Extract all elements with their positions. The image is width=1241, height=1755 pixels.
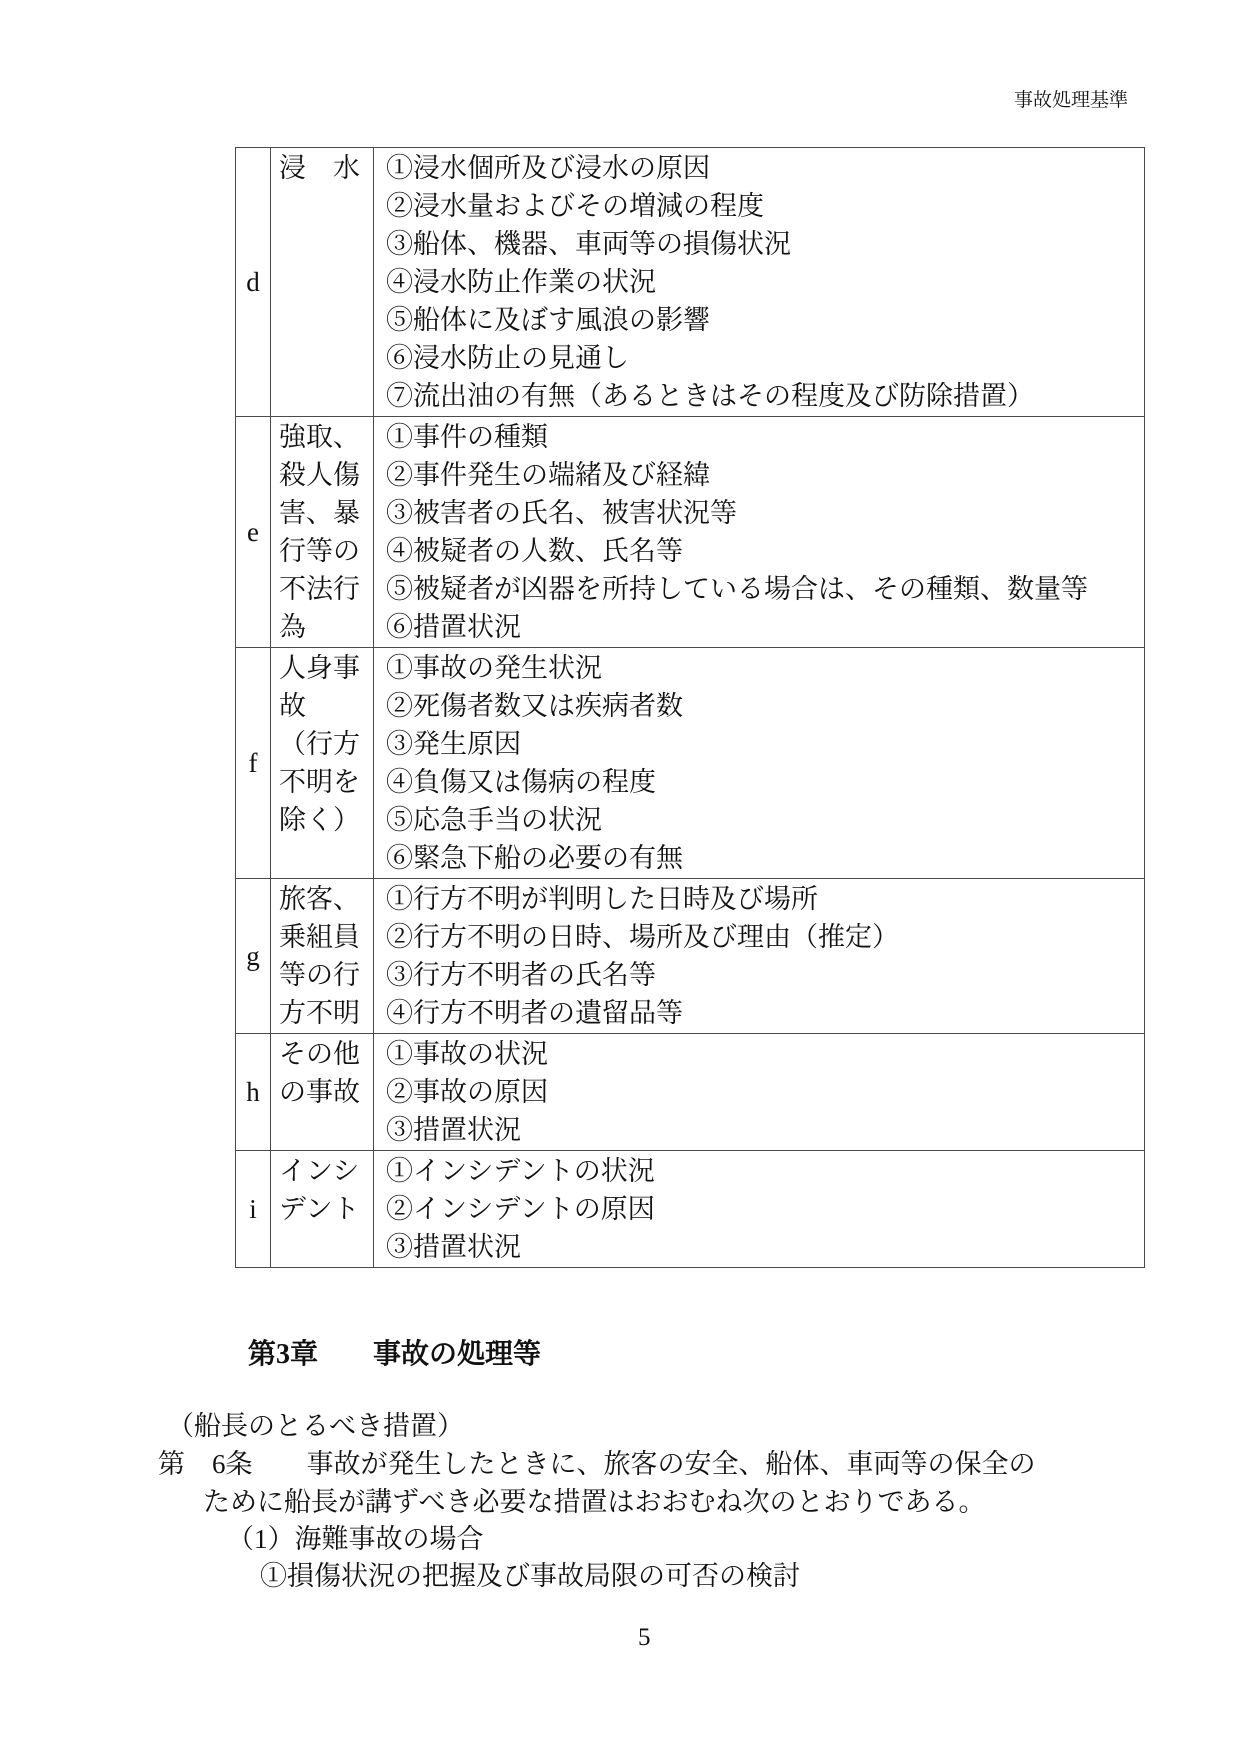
category-line: 為 — [279, 608, 373, 646]
category-line: 行等の — [279, 532, 373, 570]
category-line: 等の行 — [279, 956, 373, 994]
category-line: 方不明 — [279, 994, 373, 1032]
row-category-cell: 人身事故（行方不明を除く） — [271, 648, 374, 878]
item-line: ⑤応急手当の状況 — [386, 801, 1144, 839]
category-line: 不法行 — [279, 570, 373, 608]
item-line: ③行方不明者の氏名等 — [386, 956, 1144, 994]
table-row-e: e強取、殺人傷害、暴行等の不法行為①事件の種類②事件発生の端緒及び経緯③被害者の… — [236, 416, 1144, 647]
row-items-cell: ①事件の種類②事件発生の端緒及び経緯③被害者の氏名、被害状況等④被疑者の人数、氏… — [374, 417, 1144, 647]
category-line: 故 — [279, 687, 373, 725]
category-line: その他 — [279, 1035, 373, 1073]
row-letter-cell: g — [236, 879, 271, 1033]
article-6-line-2: ために船長が講ずべき必要な措置はおおむね次のとおりである。 — [203, 1483, 985, 1521]
item-line: ⑥措置状況 — [386, 608, 1144, 646]
table-row-i: iインシデント①インシデントの状況②インシデントの原因③措置状況 — [236, 1150, 1144, 1267]
table-row-f: f人身事故（行方不明を除く）①事故の発生状況②死傷者数又は疾病者数③発生原因④負… — [236, 647, 1144, 878]
item-line: ③措置状況 — [386, 1228, 1144, 1266]
row-items-cell: ①行方不明が判明した日時及び場所②行方不明の日時、場所及び理由（推定）③行方不明… — [374, 879, 1144, 1033]
article-6-list-item-1: （1）海難事故の場合 — [227, 1520, 484, 1558]
row-category-cell: 浸 水 — [271, 148, 374, 416]
item-line: ①浸水個所及び浸水の原因 — [386, 149, 1144, 187]
item-line: ③被害者の氏名、被害状況等 — [386, 494, 1144, 532]
category-line: 除く） — [279, 801, 373, 839]
running-header: 事故処理基準 — [0, 85, 1128, 112]
item-line: ②浸水量およびその増減の程度 — [386, 187, 1144, 225]
item-line: ①インシデントの状況 — [386, 1152, 1144, 1190]
category-line: 乗組員 — [279, 918, 373, 956]
item-line: ④浸水防止作業の状況 — [386, 263, 1144, 301]
accident-report-items-table: d浸 水①浸水個所及び浸水の原因②浸水量およびその増減の程度③船体、機器、車両等… — [235, 147, 1145, 1268]
category-line: デント — [279, 1190, 373, 1228]
article-6-sub-item-1: ①損傷状況の把握及び事故局限の可否の検討 — [260, 1557, 800, 1595]
item-line: ①行方不明が判明した日時及び場所 — [386, 880, 1144, 918]
item-line: ②事件発生の端緒及び経緯 — [386, 456, 1144, 494]
row-letter-cell: e — [236, 417, 271, 647]
category-line: 不明を — [279, 763, 373, 801]
row-items-cell: ①事故の状況②事故の原因③措置状況 — [374, 1034, 1144, 1150]
row-category-cell: 旅客、乗組員等の行方不明 — [271, 879, 374, 1033]
category-line: 害、暴 — [279, 494, 373, 532]
item-line: ③発生原因 — [386, 725, 1144, 763]
category-line: 人身事 — [279, 649, 373, 687]
item-line: ②行方不明の日時、場所及び理由（推定） — [386, 918, 1144, 956]
document-page: 事故処理基準 d浸 水①浸水個所及び浸水の原因②浸水量およびその増減の程度③船体… — [0, 0, 1241, 1755]
article-caption: （船長のとるべき措置） — [167, 1407, 464, 1445]
item-line: ①事件の種類 — [386, 418, 1144, 456]
page-number: 5 — [638, 1624, 651, 1652]
category-line: 強取、 — [279, 418, 373, 456]
row-items-cell: ①インシデントの状況②インシデントの原因③措置状況 — [374, 1151, 1144, 1267]
item-line: ①事故の状況 — [386, 1035, 1144, 1073]
row-letter-cell: h — [236, 1034, 271, 1150]
table-row-d: d浸 水①浸水個所及び浸水の原因②浸水量およびその増減の程度③船体、機器、車両等… — [236, 148, 1144, 416]
row-category-cell: インシデント — [271, 1151, 374, 1267]
row-category-cell: 強取、殺人傷害、暴行等の不法行為 — [271, 417, 374, 647]
row-items-cell: ①浸水個所及び浸水の原因②浸水量およびその増減の程度③船体、機器、車両等の損傷状… — [374, 148, 1144, 416]
row-letter-cell: i — [236, 1151, 271, 1267]
item-line: ⑥浸水防止の見通し — [386, 339, 1144, 377]
article-6-line-1: 第 6条 事故が発生したときに、旅客の安全、船体、車両等の保全の — [158, 1445, 1036, 1483]
row-letter-cell: d — [236, 148, 271, 416]
item-line: ④被疑者の人数、氏名等 — [386, 532, 1144, 570]
item-line: ②死傷者数又は疾病者数 — [386, 687, 1144, 725]
item-line: ③船体、機器、車両等の損傷状況 — [386, 225, 1144, 263]
category-line: 浸 水 — [279, 149, 373, 187]
item-line: ④行方不明者の遺留品等 — [386, 994, 1144, 1032]
item-line: ①事故の発生状況 — [386, 649, 1144, 687]
chapter-heading: 第3章事故の処理等 — [248, 1332, 541, 1372]
table-row-h: hその他の事故①事故の状況②事故の原因③措置状況 — [236, 1033, 1144, 1150]
table-row-g: g旅客、乗組員等の行方不明①行方不明が判明した日時及び場所②行方不明の日時、場所… — [236, 878, 1144, 1033]
chapter-number: 第3章 — [248, 1339, 318, 1370]
category-line: 殺人傷 — [279, 456, 373, 494]
item-line: ⑤被疑者が凶器を所持している場合は、その種類、数量等 — [386, 570, 1144, 608]
category-line: の事故 — [279, 1073, 373, 1111]
item-line: ⑥緊急下船の必要の有無 — [386, 839, 1144, 877]
item-line: ④負傷又は傷病の程度 — [386, 763, 1144, 801]
row-category-cell: その他の事故 — [271, 1034, 374, 1150]
category-line: インシ — [279, 1152, 373, 1190]
item-line: ⑤船体に及ぼす風浪の影響 — [386, 301, 1144, 339]
category-line: 旅客、 — [279, 880, 373, 918]
item-line: ③措置状況 — [386, 1111, 1144, 1149]
chapter-title: 事故の処理等 — [373, 1339, 541, 1370]
item-line: ②インシデントの原因 — [386, 1190, 1144, 1228]
item-line: ⑦流出油の有無（あるときはその程度及び防除措置） — [386, 377, 1144, 415]
item-line: ②事故の原因 — [386, 1073, 1144, 1111]
row-letter-cell: f — [236, 648, 271, 878]
row-items-cell: ①事故の発生状況②死傷者数又は疾病者数③発生原因④負傷又は傷病の程度⑤応急手当の… — [374, 648, 1144, 878]
category-line: （行方 — [279, 725, 373, 763]
